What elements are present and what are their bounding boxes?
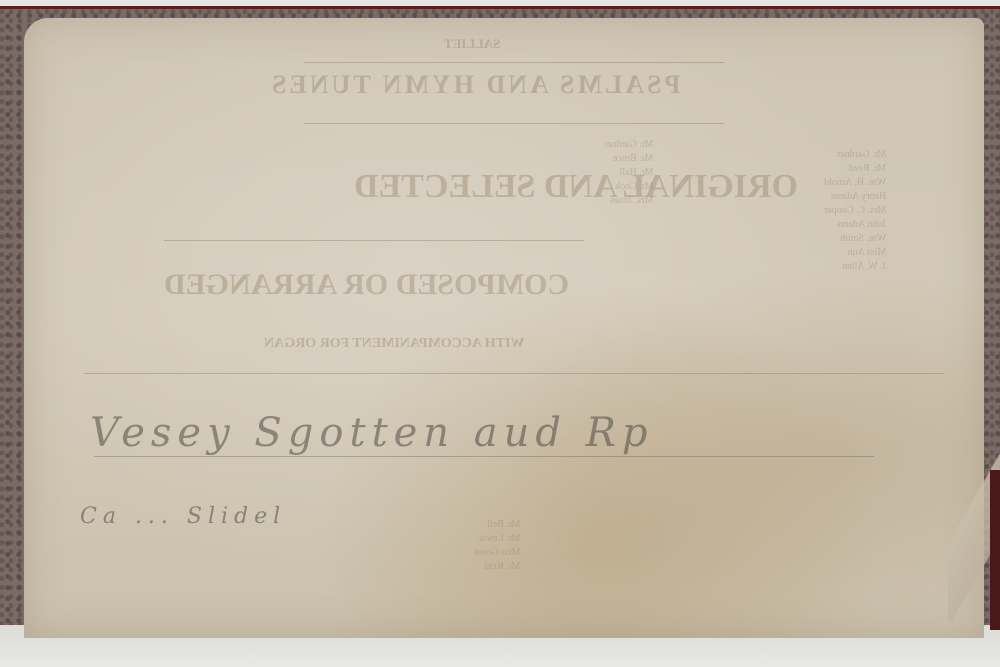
offset-column-mid: Mr. Gardner Mr. Bruce Mr. Hall Mr. Cook … <box>604 138 653 208</box>
offset-name: Henry Adams <box>824 190 886 204</box>
offset-column-low: Mr. Bell Mr. Lewis Miss Green Mr. Kent <box>474 518 520 574</box>
offset-rule <box>164 240 584 241</box>
offset-name: Mr. Gardner <box>604 138 653 152</box>
offset-name: Wm. Smith <box>824 232 886 246</box>
offset-subtitle: ORIGINAL AND SELECTED <box>354 168 798 206</box>
offset-large: COMPOSED OR ARRANGED <box>164 268 569 302</box>
offset-column-right: Mr. Gardner Mr. Reed Wm. H. Arnold Henry… <box>824 148 886 274</box>
handwriting-main: Vesey Sgotten aud Rp <box>90 410 653 456</box>
offset-name: Miss Ann <box>824 246 886 260</box>
offset-name: Mr. Bell <box>474 518 520 532</box>
offset-line: WITH ACCOMPANIMENT FOR ORGAN <box>264 336 524 352</box>
offset-name: Miss Green <box>474 546 520 560</box>
offset-name: Mr. Gardner <box>824 148 886 162</box>
offset-rule <box>304 123 724 124</box>
offset-name: John Adams <box>824 218 886 232</box>
offset-title-main: PSALMS AND HYMN TUNES <box>269 70 680 100</box>
offset-name: Mrs. Jones <box>604 194 653 208</box>
cover-edge-right <box>990 470 1000 630</box>
offset-name: J. W. Allen <box>824 260 886 274</box>
book-page: SALLIET PSALMS AND HYMN TUNES ORIGINAL A… <box>24 18 984 638</box>
offset-title-top: SALLIET <box>444 36 500 52</box>
handwriting-underline <box>94 456 874 457</box>
offset-name: Mrs. C. Cooper <box>824 204 886 218</box>
offset-name: Mr. Cook <box>604 180 653 194</box>
offset-name: Mr. Bruce <box>604 152 653 166</box>
offset-rule <box>304 62 724 63</box>
photo-scene: SALLIET PSALMS AND HYMN TUNES ORIGINAL A… <box>0 0 1000 667</box>
offset-rule <box>84 373 944 374</box>
offset-name: Mr. Reed <box>824 162 886 176</box>
offset-name: Mr. Hall <box>604 166 653 180</box>
offset-name: Wm. H. Arnold <box>824 176 886 190</box>
offset-name: Mr. Kent <box>474 560 520 574</box>
offset-name: Mr. Lewis <box>474 532 520 546</box>
handwriting-lower: Ca ... Slidel <box>80 504 286 529</box>
